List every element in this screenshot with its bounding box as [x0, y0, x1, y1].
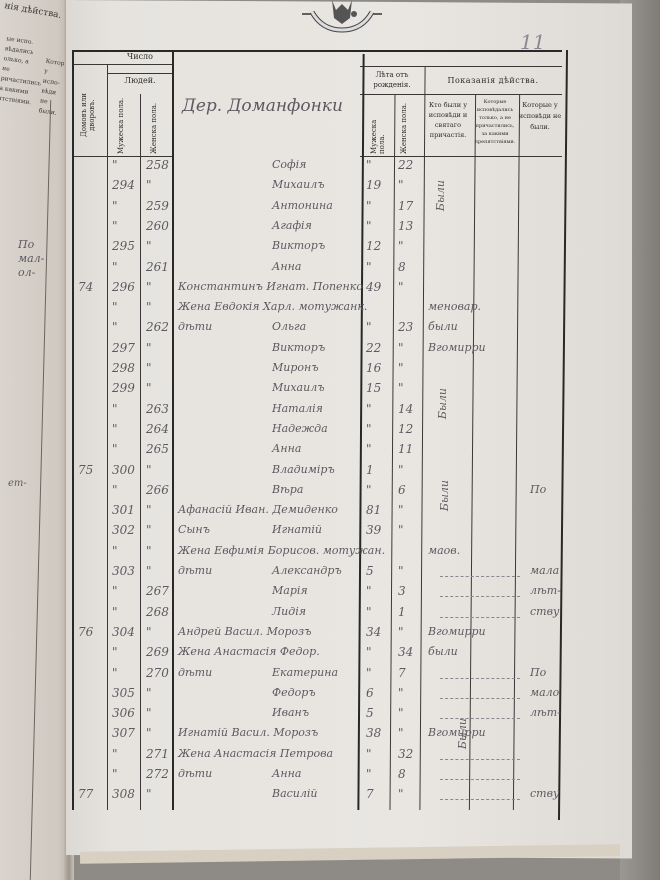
female-number: " [146, 280, 152, 294]
female-number: " [146, 787, 152, 801]
age-male: " [366, 666, 372, 680]
age-male: 5 [366, 706, 374, 720]
age-male: " [366, 483, 372, 497]
age-male: 81 [366, 503, 381, 517]
female-number: 268 [146, 605, 169, 619]
male-number: " [112, 320, 118, 334]
male-number: 301 [112, 503, 135, 517]
age-male: " [366, 402, 372, 416]
age-female: 3 [398, 584, 406, 598]
female-number: " [146, 564, 152, 578]
female-number: " [146, 463, 152, 477]
family-head-name: Жена Евдокія Харл. мотужанк. [178, 300, 367, 313]
person-name: Владиміръ [272, 463, 335, 476]
female-number: 272 [146, 767, 169, 781]
female-number: 265 [146, 442, 169, 456]
household-number: 77 [78, 787, 93, 801]
male-number: " [112, 584, 118, 598]
left-margin-note-2: ет- [8, 478, 27, 489]
family-head-name: Афанасій Иван. Демиденко [178, 503, 338, 516]
confession-col3-note: ству [530, 605, 559, 618]
age-female: " [398, 726, 404, 740]
dash-placeholder [440, 617, 520, 619]
female-number: " [146, 239, 152, 253]
female-number: 271 [146, 747, 169, 761]
confession-col3-note: мала [530, 564, 559, 577]
person-name: Михаилъ [272, 381, 325, 394]
left-page-rule [30, 100, 51, 880]
age-male: " [366, 422, 372, 436]
left-margin-note-1: По мал- ол- [18, 238, 48, 280]
age-male: 16 [366, 361, 381, 375]
male-number: " [112, 219, 118, 233]
age-female: " [398, 361, 404, 375]
family-head-name: Жена Евфимія Борисов. мотужан. [178, 544, 385, 557]
age-male: 7 [366, 787, 374, 801]
left-page-column-fragment-1: ые испо. вѣдались олько, а не ричастилис… [0, 34, 37, 107]
female-number: 263 [146, 402, 169, 416]
header-people-male: Мужеска пола. [117, 92, 125, 154]
person-name: Игнатій [272, 523, 322, 536]
age-male: 19 [366, 178, 381, 192]
age-male: " [366, 747, 372, 761]
confession-col3-note: ству [530, 787, 559, 800]
male-number: " [112, 422, 118, 436]
header-rule-right-top [360, 66, 562, 67]
age-female: " [398, 239, 404, 253]
age-female: " [398, 463, 404, 477]
male-number: 295 [112, 239, 135, 253]
header-confession-group: Показанія дѣйства. [424, 76, 562, 85]
col-divider-names-left [172, 50, 174, 810]
person-name: Анна [272, 767, 301, 780]
male-number: " [112, 747, 118, 761]
dash-placeholder [440, 698, 520, 700]
header-confession-col2: Которые исповѣдались только, а не причас… [474, 98, 516, 146]
age-male: " [366, 767, 372, 781]
family-head-name: Сынъ [178, 523, 210, 536]
family-head-name: Константинъ Игнат. Попенко [178, 280, 363, 293]
person-name: Иванъ [272, 706, 309, 719]
left-page: нія дѣйства. ые испо. вѣдались олько, а … [0, 0, 72, 880]
male-number: " [112, 300, 118, 314]
family-head-name: Жена Анастасія Петрова [178, 747, 333, 760]
age-male: " [366, 605, 372, 619]
age-male: " [366, 442, 372, 456]
male-number: 305 [112, 686, 135, 700]
male-number: 299 [112, 381, 135, 395]
male-number: 308 [112, 787, 135, 801]
age-female: 12 [398, 422, 413, 436]
person-name: Марія [272, 584, 308, 597]
age-male: 22 [366, 341, 381, 355]
age-male: " [366, 645, 372, 659]
family-head-name: дѣти [178, 666, 212, 679]
female-number: 258 [146, 158, 169, 172]
female-number: " [146, 726, 152, 740]
dash-placeholder [440, 576, 520, 578]
col-divider-people [140, 94, 141, 810]
family-head-name: Игнатій Васил. Морозъ [178, 726, 318, 739]
family-head-name: Андрей Васил. Морозъ [178, 625, 311, 638]
confession-col3-note: лѣт- [530, 584, 561, 597]
person-name: Екатерина [272, 666, 338, 679]
dash-placeholder [440, 799, 520, 801]
male-number: 304 [112, 625, 135, 639]
age-female: 23 [398, 320, 413, 334]
confession-col1-note: Вгомирри [428, 341, 486, 354]
village-heading: Дер. Доманфонки [182, 96, 343, 116]
female-number: " [146, 544, 152, 558]
age-female: " [398, 503, 404, 517]
confession-col3-note: По [530, 483, 546, 496]
person-name: Викторъ [272, 341, 325, 354]
age-female: " [398, 787, 404, 801]
vertical-note-4: Были [456, 718, 469, 749]
person-name: Антонина [272, 199, 333, 212]
male-number: 294 [112, 178, 135, 192]
household-number: 75 [78, 463, 93, 477]
household-number: 74 [78, 280, 93, 294]
age-female: 22 [398, 158, 413, 172]
household-number: 76 [78, 625, 93, 639]
header-rule-subcols [360, 94, 562, 95]
female-number: 260 [146, 219, 169, 233]
person-name: Михаилъ [272, 178, 325, 191]
age-female: " [398, 625, 404, 639]
female-number: 261 [146, 260, 169, 274]
dash-placeholder [440, 779, 520, 781]
family-head-name: дѣти [178, 320, 212, 333]
male-number: " [112, 767, 118, 781]
confession-col1-note: Вгомирри [428, 625, 486, 638]
male-number: " [112, 483, 118, 497]
age-female: " [398, 686, 404, 700]
male-number: " [112, 158, 118, 172]
age-female: 34 [398, 645, 413, 659]
vertical-note-3: Были [438, 480, 451, 511]
age-female: 11 [398, 442, 413, 456]
female-number: " [146, 381, 152, 395]
age-female: 7 [398, 666, 406, 680]
person-name: Миронъ [272, 361, 319, 374]
person-name: Агафія [272, 219, 312, 232]
age-male: 5 [366, 564, 374, 578]
male-number: 302 [112, 523, 135, 537]
female-number: " [146, 503, 152, 517]
age-female: 17 [398, 199, 413, 213]
double-headed-eagle-emblem [302, 0, 382, 40]
female-number: 270 [146, 666, 169, 680]
person-name: Федоръ [272, 686, 316, 699]
person-name: Анна [272, 442, 301, 455]
female-number: " [146, 706, 152, 720]
age-male: 12 [366, 239, 381, 253]
header-people-female: Женска пола. [150, 92, 158, 154]
age-male: 34 [366, 625, 381, 639]
age-female: 6 [398, 483, 406, 497]
person-name: Ольга [272, 320, 306, 333]
female-number: 262 [146, 320, 169, 334]
age-female: 1 [398, 605, 406, 619]
age-male: 38 [366, 726, 381, 740]
confession-col1-note: были [428, 645, 458, 658]
female-number: " [146, 178, 152, 192]
header-age-male: Мужеска пола. [370, 100, 386, 154]
family-head-name: Жена Анастасія Федор. [178, 645, 320, 658]
age-female: " [398, 341, 404, 355]
person-name: Вѣра [272, 483, 303, 496]
header-rule-people [107, 73, 172, 74]
female-number: " [146, 300, 152, 314]
table-left-border [72, 50, 74, 810]
age-male: 1 [366, 463, 374, 477]
male-number: " [112, 260, 118, 274]
male-number: " [112, 402, 118, 416]
age-male: 15 [366, 381, 381, 395]
person-name: Надежда [272, 422, 328, 435]
confession-col1-note: были [428, 320, 458, 333]
male-number: 297 [112, 341, 135, 355]
person-name: Викторъ [272, 239, 325, 252]
person-name: Наталія [272, 402, 323, 415]
female-number: 264 [146, 422, 169, 436]
age-female: 13 [398, 219, 413, 233]
header-age-group: Лѣта отъ рожденія. [362, 70, 422, 90]
age-male: " [366, 219, 372, 233]
confession-col1-note: меновар. [428, 300, 481, 313]
header-confession-col1: Кто были у исповѣди и святаго причастія. [424, 100, 472, 140]
dash-placeholder [440, 718, 520, 720]
person-name: Софія [272, 158, 306, 171]
dash-placeholder [440, 678, 520, 680]
col-divider-household [107, 64, 108, 810]
vertical-note-2: Были [436, 388, 449, 419]
confession-col3-note: мало [530, 686, 559, 699]
male-number: 298 [112, 361, 135, 375]
person-name: Лидія [272, 605, 306, 618]
family-head-name: дѣти [178, 767, 212, 780]
female-number: 266 [146, 483, 169, 497]
age-male: 6 [366, 686, 374, 700]
male-number: 307 [112, 726, 135, 740]
header-rule-count [72, 64, 172, 65]
male-number: " [112, 605, 118, 619]
family-head-name: дѣти [178, 564, 212, 577]
left-page-header-fragment: нія дѣйства. [4, 1, 63, 21]
male-number: " [112, 544, 118, 558]
male-number: 306 [112, 706, 135, 720]
age-female: " [398, 706, 404, 720]
confession-col1-note: маов. [428, 544, 460, 557]
age-male: 49 [366, 280, 381, 294]
person-name: Александръ [272, 564, 342, 577]
age-female: " [398, 523, 404, 537]
female-number: " [146, 686, 152, 700]
female-number: " [146, 523, 152, 537]
header-households: Домовъ или дворовъ. [80, 80, 102, 150]
age-female: 14 [398, 402, 413, 416]
person-name: Анна [272, 260, 301, 273]
header-age-female: Женска пола. [400, 100, 408, 154]
age-male: " [366, 584, 372, 598]
age-female: " [398, 564, 404, 578]
header-count-group: Число [108, 52, 172, 61]
age-male: " [366, 320, 372, 334]
female-number: 259 [146, 199, 169, 213]
dash-placeholder [440, 759, 520, 761]
age-female: " [398, 280, 404, 294]
age-male: 39 [366, 523, 381, 537]
age-female: 8 [398, 260, 406, 274]
female-number: 267 [146, 584, 169, 598]
female-number: " [146, 341, 152, 355]
header-bottom-rule-left [72, 156, 172, 157]
header-confession-col3: Которые у исповѣди не были. [518, 100, 562, 133]
vertical-note-1: Были [434, 180, 447, 211]
male-number: " [112, 442, 118, 456]
header-bottom-rule-right [360, 156, 562, 157]
age-male: " [366, 158, 372, 172]
male-number: 300 [112, 463, 135, 477]
header-people-group: Людей. [108, 76, 172, 85]
age-female: 8 [398, 767, 406, 781]
confession-col3-note: По [530, 666, 546, 679]
male-number: 296 [112, 280, 135, 294]
age-female: 32 [398, 747, 413, 761]
male-number: 303 [112, 564, 135, 578]
male-number: " [112, 645, 118, 659]
age-female: " [398, 178, 404, 192]
male-number: " [112, 666, 118, 680]
dash-placeholder [440, 596, 520, 598]
female-number: 269 [146, 645, 169, 659]
person-name: Василій [272, 787, 318, 800]
age-female: " [398, 381, 404, 395]
confession-col3-note: лѣт- [530, 706, 561, 719]
age-male: " [366, 199, 372, 213]
female-number: " [146, 625, 152, 639]
male-number: " [112, 199, 118, 213]
female-number: " [146, 361, 152, 375]
age-male: " [366, 260, 372, 274]
